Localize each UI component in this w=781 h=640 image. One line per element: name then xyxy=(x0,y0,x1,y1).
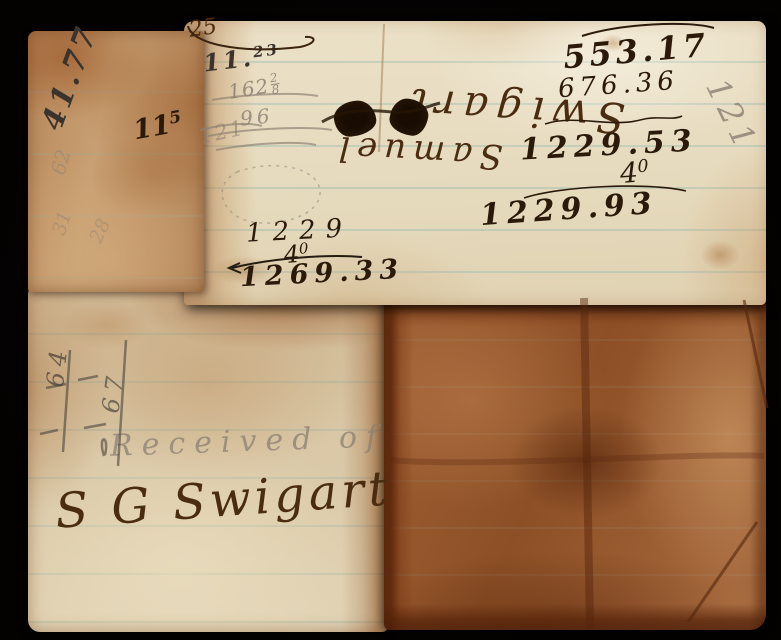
stain xyxy=(700,240,740,270)
photo-of-old-receipt: 41.77 62 31 28 115 25 11.23 16228 96 121… xyxy=(0,0,781,640)
faint-pencil-fraction: 67 xyxy=(96,369,130,415)
faint-pencil-fraction: 64 xyxy=(41,343,73,388)
stain xyxy=(60,300,150,350)
paper-bottom-right-stained xyxy=(384,294,766,630)
corner-flourish-number: 25 xyxy=(187,14,218,43)
ink-40: 40 xyxy=(619,155,650,190)
